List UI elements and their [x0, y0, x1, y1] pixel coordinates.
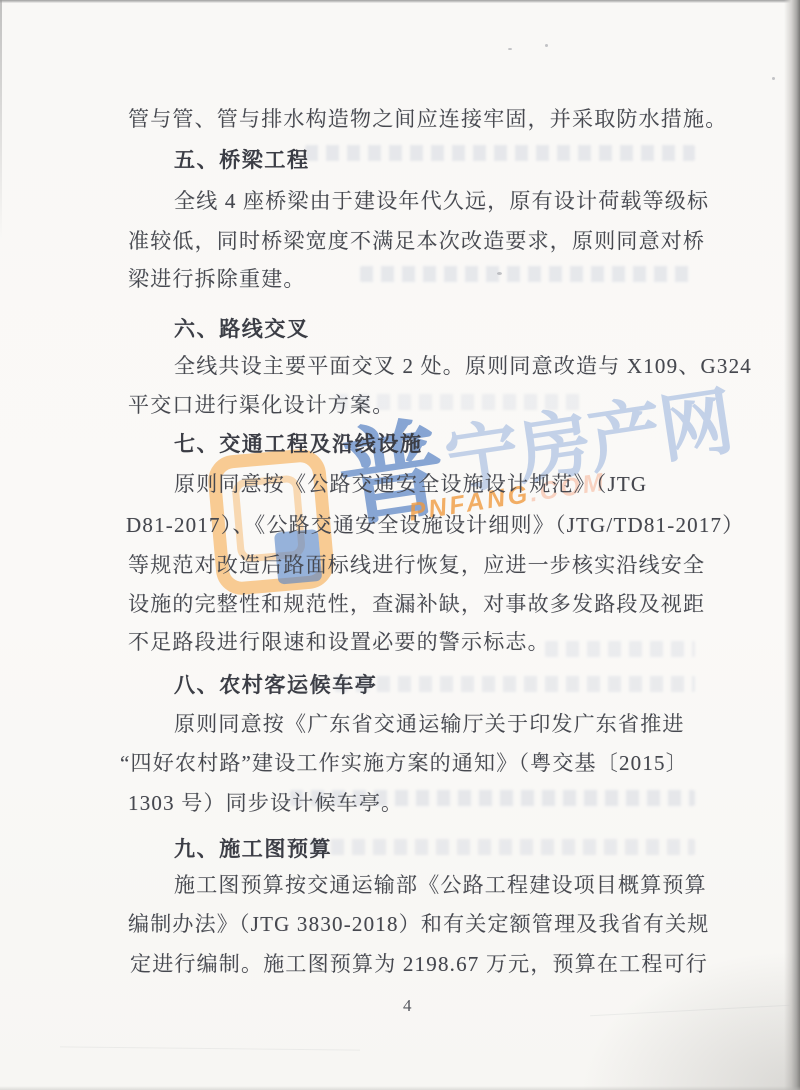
text-line: 等规范对改造后路面标线进行恢复，应进一步核实沿线安全 — [128, 552, 705, 579]
scanned-document-page: 普 宁房产网 PNFANG.COM 管与管、管与排水构造物之间应连接牢固，并采取… — [0, 0, 800, 1090]
page-bleedthrough — [335, 676, 695, 692]
section-heading: 五、桥梁工程 — [174, 147, 310, 174]
scan-speck — [497, 272, 502, 275]
page-bleedthrough — [545, 641, 695, 657]
text-line: 管与管、管与排水构造物之间应连接牢固，并采取防水措施。 — [128, 106, 727, 133]
page-bleedthrough — [305, 145, 695, 161]
text-line: 梁进行拆除重建。 — [128, 266, 306, 293]
paper-crease — [60, 1046, 360, 1050]
section-heading: 七、交通工程及沿线设施 — [174, 431, 423, 458]
section-heading: 九、施工图预算 — [174, 836, 332, 863]
text-line: “四好农村路”建设工作实施方案的通知》（粤交基〔2015〕 — [120, 750, 688, 777]
text-line: 准较低，同时桥梁宽度不满足本次改造要求，原则同意对桥 — [128, 228, 705, 255]
text-line: 平交口进行渠化设计方案。 — [128, 392, 394, 419]
text-line: 施工图预算按交通运输部《公路工程建设项目概算预算 — [174, 872, 707, 899]
page-number: 4 — [403, 996, 412, 1016]
scan-speck — [508, 48, 512, 50]
text-line: 原则同意按《公路交通安全设施设计规范》（JTG — [174, 471, 647, 498]
scan-edge-right — [784, 0, 800, 1090]
scan-speck — [772, 77, 775, 80]
scan-speck — [545, 44, 548, 47]
text-line: D81-2017）、《公路交通安全设施设计细则》（JTG/TD81-2017） — [126, 512, 744, 539]
section-heading: 六、路线交叉 — [174, 316, 310, 343]
section-heading: 八、农村客运候车亭 — [174, 672, 377, 699]
page-bleedthrough — [310, 839, 695, 855]
text-line: 原则同意按《广东省交通运输厅关于印发广东省推进 — [174, 711, 685, 738]
scan-corner-shade — [580, 950, 800, 1090]
text-line: 全线共设主要平面交叉 2 处。原则同意改造与 X109、G324 — [174, 353, 752, 380]
text-line: 不足路段进行限速和设置必要的警示标志。 — [128, 629, 550, 656]
text-line: 1303 号）同步设计候车亭。 — [128, 790, 403, 817]
text-line: 全线 4 座桥梁由于建设年代久远，原有设计荷载等级标 — [174, 188, 709, 215]
page-bleedthrough — [360, 266, 695, 282]
scan-edge-left — [0, 0, 2, 240]
text-line: 编制办法》（JTG 3830-2018）和有关定额管理及我省有关规 — [128, 911, 710, 938]
text-line: 设施的完整性和规范性，查漏补缺，对事故多发路段及视距 — [128, 591, 705, 618]
scan-edge-top — [0, 0, 800, 3]
